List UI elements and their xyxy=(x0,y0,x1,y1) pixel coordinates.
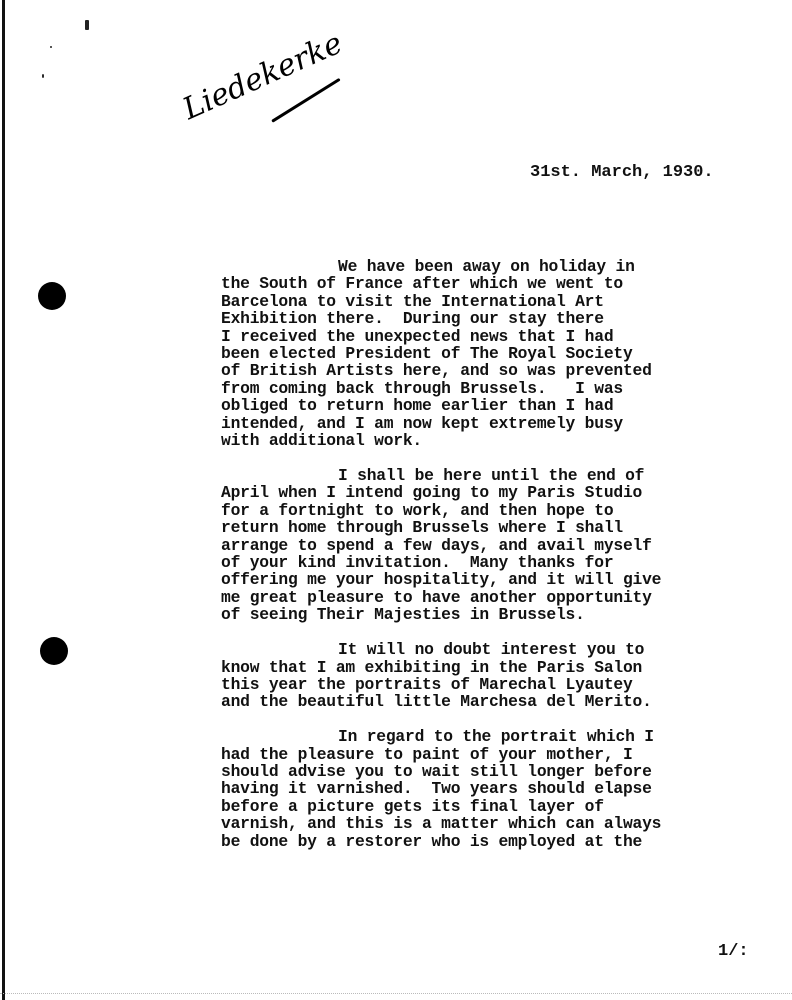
letter-date: 31st. March, 1930. xyxy=(530,163,714,182)
punch-hole-bottom xyxy=(40,637,68,665)
text-line: of your kind invitation. Many thanks for xyxy=(221,554,761,571)
text-line: been elected President of The Royal Soci… xyxy=(221,345,761,362)
text-line: the South of France after which we went … xyxy=(221,275,761,292)
paragraph: In regard to the portrait which I had th… xyxy=(221,728,761,850)
text-line: of seeing Their Majesties in Brussels. xyxy=(221,606,761,623)
text-line: arrange to spend a few days, and avail m… xyxy=(221,537,761,554)
text-line: before a picture gets its final layer of xyxy=(221,798,761,815)
text-line: this year the portraits of Marechal Lyau… xyxy=(221,676,761,693)
text-line: intended, and I am now kept extremely bu… xyxy=(221,415,761,432)
text-line: I received the unexpected news that I ha… xyxy=(221,328,761,345)
text-line: We have been away on holiday in xyxy=(221,258,761,275)
page-edge-line xyxy=(2,0,5,1000)
letter-body: We have been away on holiday in the Sout… xyxy=(221,258,761,868)
paragraph: I shall be here until the end of April w… xyxy=(221,467,761,624)
text-line: be done by a restorer who is employed at… xyxy=(221,833,761,850)
handwritten-annotation: Liedekerke xyxy=(178,26,348,127)
text-line: me great pleasure to have another opport… xyxy=(221,589,761,606)
ink-speck xyxy=(85,20,89,30)
paragraph: We have been away on holiday in the Sout… xyxy=(221,258,761,449)
text-line: for a fortnight to work, and then hope t… xyxy=(221,502,761,519)
paragraph: It will no doubt interest you to know th… xyxy=(221,641,761,711)
text-line: return home through Brussels where I sha… xyxy=(221,519,761,536)
text-line: Barcelona to visit the International Art xyxy=(221,293,761,310)
punch-hole-top xyxy=(38,282,66,310)
text-line: In regard to the portrait which I xyxy=(221,728,761,745)
text-line: had the pleasure to paint of your mother… xyxy=(221,746,761,763)
text-line: It will no doubt interest you to xyxy=(221,641,761,658)
text-line: and the beautiful little Marchesa del Me… xyxy=(221,693,761,710)
ink-speck xyxy=(42,74,44,78)
text-line: varnish, and this is a matter which can … xyxy=(221,815,761,832)
text-line: offering me your hospitality, and it wil… xyxy=(221,571,761,588)
text-line: of British Artists here, and so was prev… xyxy=(221,362,761,379)
text-line: should advise you to wait still longer b… xyxy=(221,763,761,780)
text-line: April when I intend going to my Paris St… xyxy=(221,484,761,501)
text-line: from coming back through Brussels. I was xyxy=(221,380,761,397)
page-continuation-marker: 1/: xyxy=(718,942,749,961)
text-line: having it varnished. Two years should el… xyxy=(221,780,761,797)
ink-speck xyxy=(50,46,52,48)
text-line: obliged to return home earlier than I ha… xyxy=(221,397,761,414)
text-line: know that I am exhibiting in the Paris S… xyxy=(221,659,761,676)
scan-edge xyxy=(0,993,792,995)
text-line: with additional work. xyxy=(221,432,761,449)
text-line: I shall be here until the end of xyxy=(221,467,761,484)
text-line: Exhibition there. During our stay there xyxy=(221,310,761,327)
